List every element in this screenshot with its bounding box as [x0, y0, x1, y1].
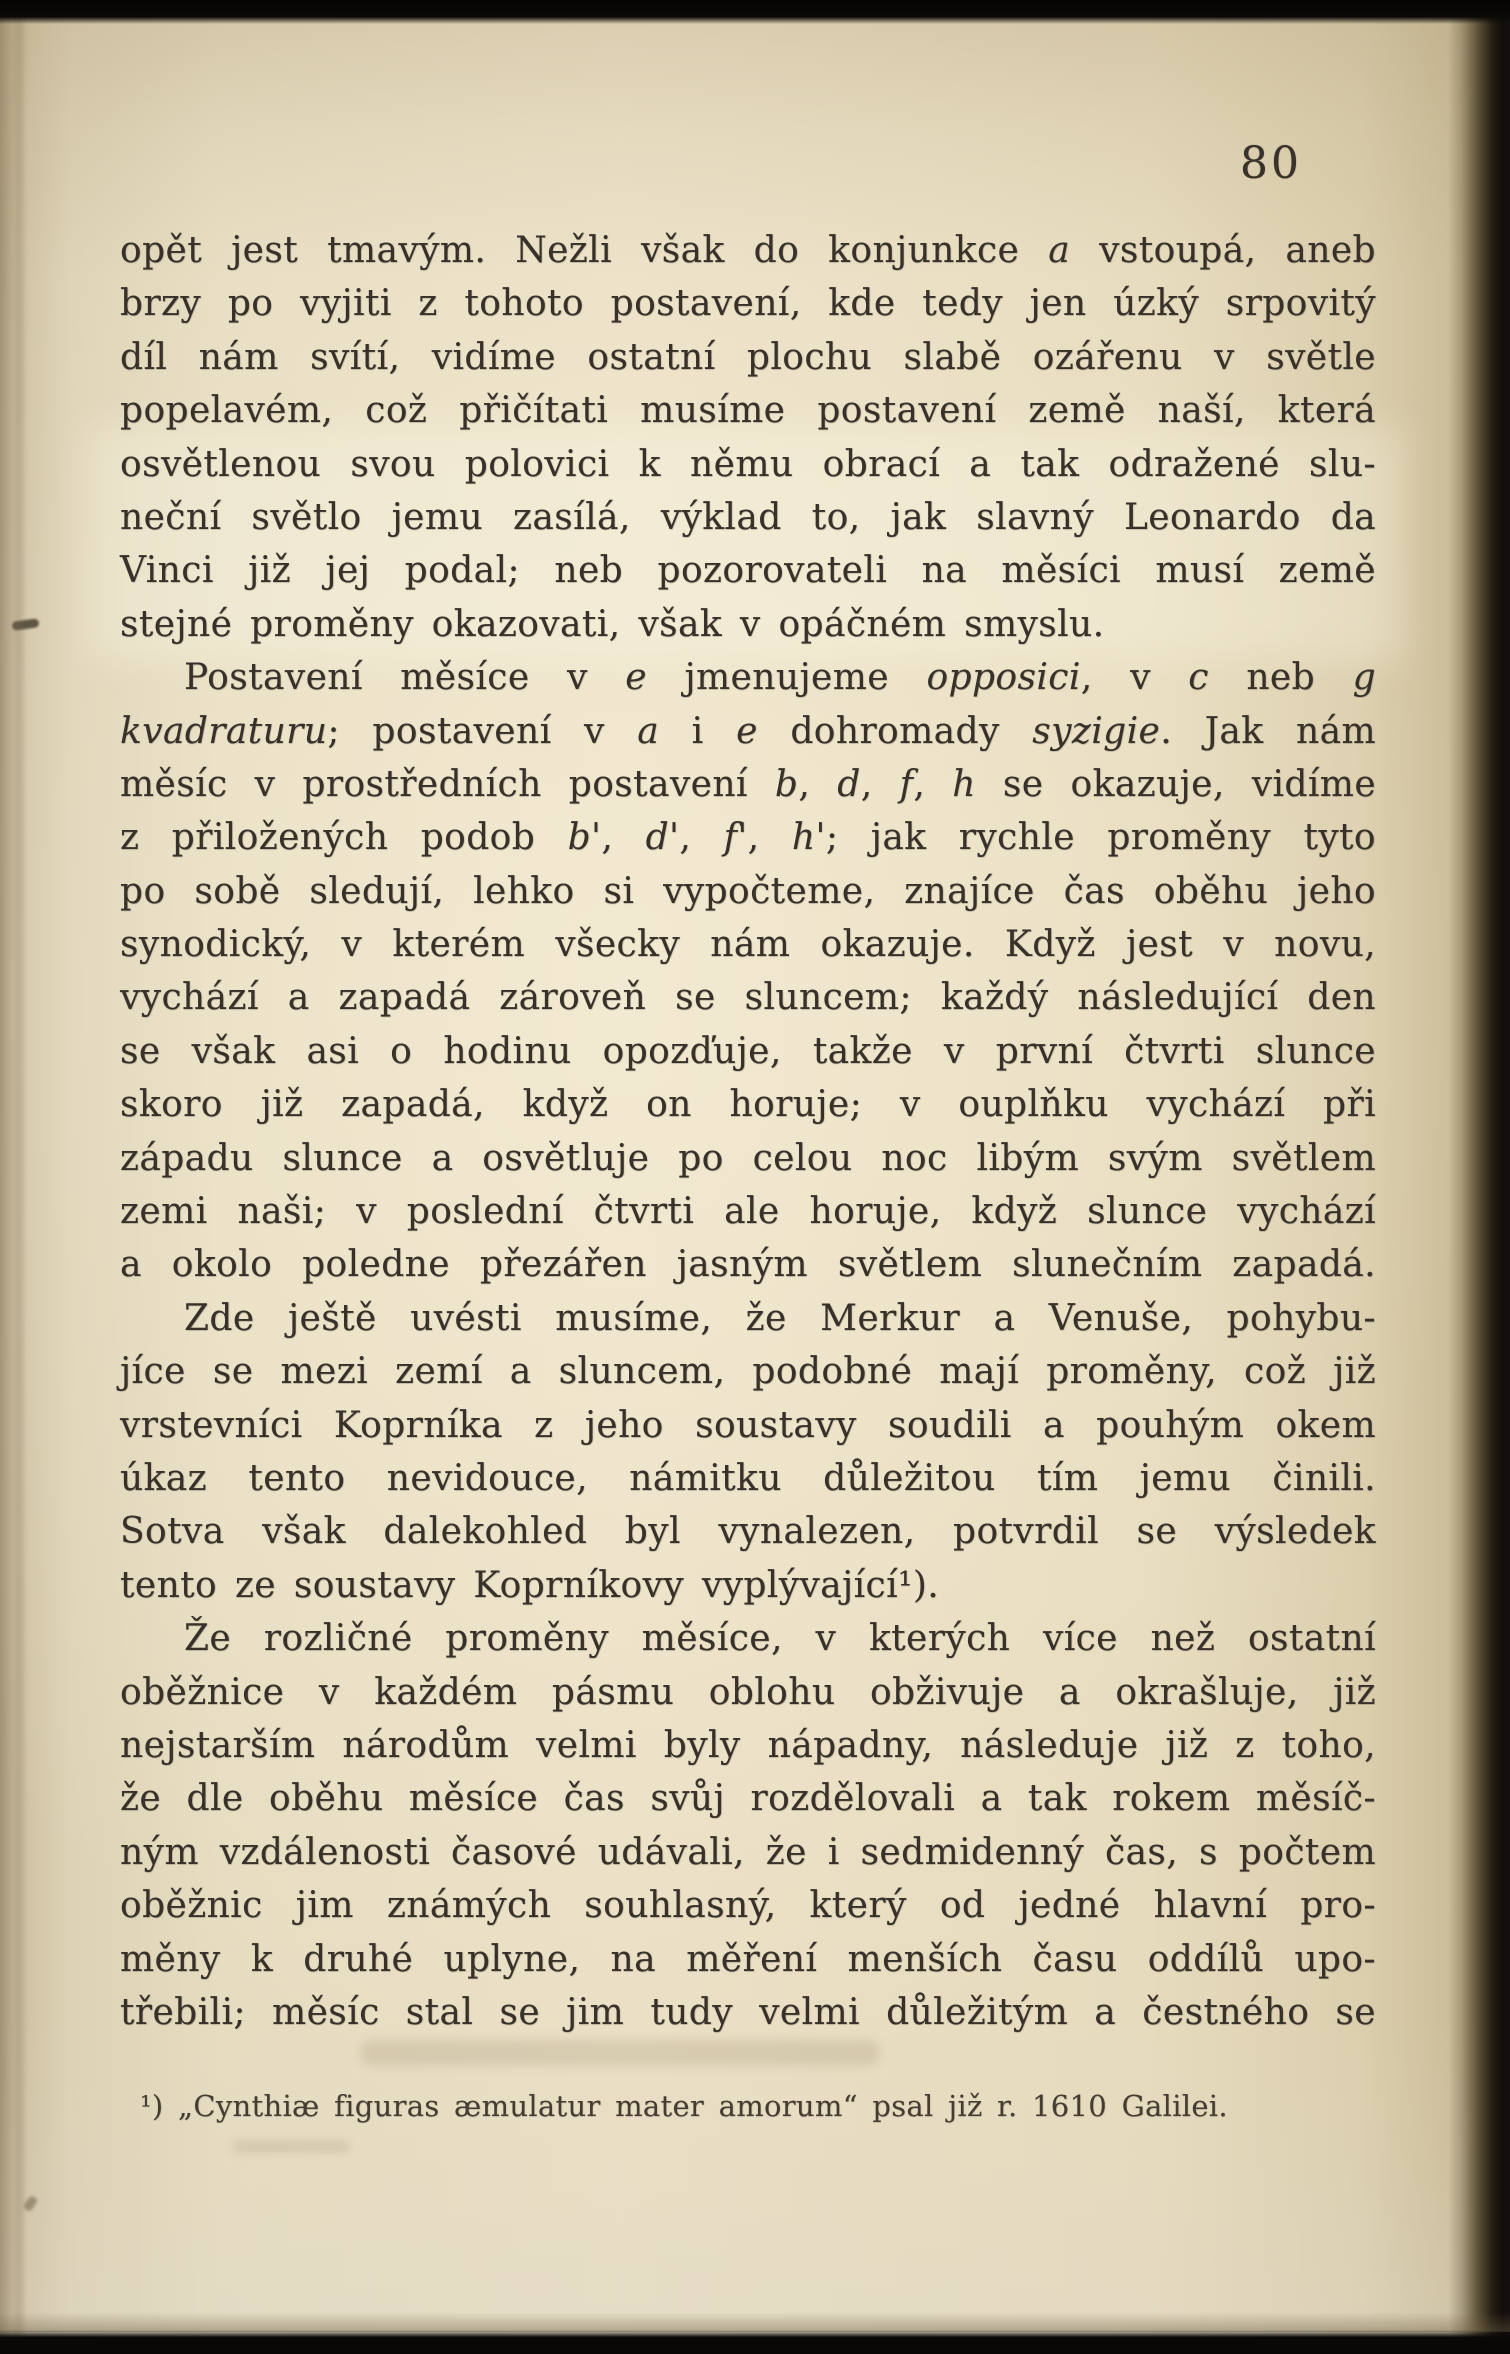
italic-text-segment: c	[1188, 657, 1209, 698]
italic-text-segment: h	[952, 764, 976, 805]
text-segment: i	[659, 711, 736, 752]
text-line: ným vzdálenosti časové udávali, že i sed…	[120, 1826, 1376, 1879]
italic-text-segment: syzigie	[1032, 711, 1160, 752]
text-segment: oběžnic jim známých souhlasný, který od …	[120, 1885, 1376, 1926]
text-line: osvětlenou svou polovici k němu obrací a…	[120, 438, 1376, 491]
italic-text-segment: e	[625, 657, 647, 698]
text-segment: ,	[861, 764, 900, 805]
text-segment: tento ze soustavy Koprníkovy vyplývající	[120, 1565, 898, 1606]
text-segment: ).	[913, 1565, 939, 1606]
text-segment: nejstarším národům velmi byly nápadny, n…	[120, 1725, 1376, 1766]
text-line: Sotva však dalekohled byl vynalezen, pot…	[120, 1505, 1376, 1558]
page-edge-right	[1448, 0, 1510, 2354]
text-line: vychází a zapadá zároveň se sluncem; kaž…	[120, 971, 1376, 1024]
italic-text-segment: d'	[646, 817, 680, 858]
italic-text-segment: d	[837, 764, 860, 805]
text-line: Vinci již jej podal; neb pozorovateli na…	[120, 544, 1376, 597]
text-segment: z přiložených podob	[120, 817, 568, 858]
page-number: 80	[1240, 138, 1302, 189]
scan-bottom-band	[0, 2330, 1510, 2354]
page-edge-left	[0, 0, 20, 2354]
scan-top-band	[0, 0, 1510, 24]
italic-text-segment: g	[1353, 657, 1376, 698]
text-segment: úkaz tento nevidouce, námitku důležitou …	[120, 1458, 1376, 1499]
text-segment: , v	[1081, 657, 1189, 698]
text-segment: opět jest tmavým. Nežli však do konjunkc…	[120, 230, 1048, 271]
text-segment: třebili; měsíc stal se jim tudy velmi dů…	[120, 1992, 1376, 2033]
text-line: tento ze soustavy Koprníkovy vyplývající…	[120, 1559, 1376, 1612]
text-segment: po sobě sledují, lehko si vypočteme, zna…	[120, 871, 1376, 912]
text-segment: . Jak nám	[1160, 711, 1376, 752]
text-line: stejné proměny okazovati, však v opáčném…	[120, 598, 1376, 651]
text-line: z přiložených podob b', d', f', h'; jak …	[120, 811, 1376, 864]
text-segment: měny k druhé uplyne, na měření menších č…	[120, 1939, 1376, 1980]
text-segment: ,	[913, 764, 952, 805]
text-line: měny k druhé uplyne, na měření menších č…	[120, 1933, 1376, 1986]
text-line: že dle oběhu měsíce čas svůj rozdělovali…	[120, 1772, 1376, 1825]
ghost-showthrough	[360, 2040, 880, 2066]
text-line: po sobě sledují, lehko si vypočteme, zna…	[120, 865, 1376, 918]
text-segment: dohromady	[758, 711, 1032, 752]
text-line: synodický, v kterém všecky nám okazuje. …	[120, 918, 1376, 971]
text-line: nejstarším národům velmi byly nápadny, n…	[120, 1719, 1376, 1772]
text-line: měsíc v prostředních postavení b, d, f, …	[120, 758, 1376, 811]
text-segment: Postavení měsíce v	[184, 657, 625, 698]
text-segment: ,	[679, 817, 723, 858]
text-segment: synodický, v kterém všecky nám okazuje. …	[120, 924, 1376, 965]
text-segment: ; jak rychle proměny tyto	[826, 817, 1376, 858]
page-body: opět jest tmavým. Nežli však do konjunkc…	[120, 224, 1376, 2039]
italic-text-segment: e	[736, 711, 758, 752]
text-segment: díl nám svítí, vidíme ostatní plochu sla…	[120, 337, 1376, 378]
text-line: opět jest tmavým. Nežli však do konjunkc…	[120, 224, 1376, 277]
text-line: neční světlo jemu zasílá, výklad to, jak…	[120, 491, 1376, 544]
text-segment: Vinci již jej podal; neb pozorovateli na…	[120, 550, 1376, 591]
italic-text-segment: opposici	[926, 657, 1080, 698]
text-line: třebili; měsíc stal se jim tudy velmi dů…	[120, 1986, 1376, 2039]
text-segment: vrstevníci Koprníka z jeho soustavy soud…	[120, 1405, 1376, 1446]
text-segment: ¹) „Cynthiæ figuras æmulatur mater amoru…	[140, 2089, 1228, 2123]
text-line: oběžnice v každém pásmu oblohu obživuje …	[120, 1666, 1376, 1719]
text-line: Zde ještě uvésti musíme, že Merkur a Ven…	[120, 1292, 1376, 1345]
italic-text-segment: a	[1048, 230, 1070, 271]
text-segment: stejné proměny okazovati, však v opáčném…	[120, 604, 1104, 645]
italic-text-segment: b	[775, 764, 798, 805]
text-line: a okolo poledne přezářen jasným světlem …	[120, 1238, 1376, 1291]
text-segment: ¹	[898, 1565, 913, 1606]
text-segment: se okazuje, vidíme	[976, 764, 1376, 805]
text-segment: a okolo poledne přezářen jasným světlem …	[120, 1244, 1376, 1285]
text-segment: oběžnice v každém pásmu oblohu obživuje …	[120, 1672, 1376, 1713]
ink-smudge	[23, 2195, 39, 2212]
text-segment: vstoupá, aneb	[1070, 230, 1376, 271]
text-segment: západu slunce a osvětluje po celou noc l…	[120, 1138, 1376, 1179]
text-segment: ,	[798, 764, 837, 805]
page-edge-shadow	[0, 2312, 1510, 2332]
italic-text-segment: h'	[792, 817, 826, 858]
text-segment: Sotva však dalekohled byl vynalezen, pot…	[120, 1511, 1376, 1552]
text-segment: brzy po vyjiti z tohoto postavení, kde t…	[120, 283, 1376, 324]
text-segment: ; postavení v	[327, 711, 637, 752]
text-segment: Že rozličné proměny měsíce, v kterých ví…	[184, 1618, 1376, 1659]
text-segment: ným vzdálenosti časové udávali, že i sed…	[120, 1832, 1376, 1873]
text-line: brzy po vyjiti z tohoto postavení, kde t…	[120, 277, 1376, 330]
italic-text-segment: b'	[568, 817, 602, 858]
text-line: díl nám svítí, vidíme ostatní plochu sla…	[120, 331, 1376, 384]
text-segment: popelavém, což přičítati musíme postaven…	[120, 390, 1376, 431]
text-line: zemi naši; v poslední čtvrti ale horuje,…	[120, 1185, 1376, 1238]
italic-text-segment: kvadraturu	[120, 711, 327, 752]
text-segment: jíce se mezi zemí a sluncem, podobné maj…	[120, 1351, 1376, 1392]
text-line: úkaz tento nevidouce, námitku důležitou …	[120, 1452, 1376, 1505]
text-segment: vychází a zapadá zároveň se sluncem; kaž…	[120, 977, 1376, 1018]
footnote: ¹) „Cynthiæ figuras æmulatur mater amoru…	[140, 2086, 1300, 2126]
text-line: popelavém, což přičítati musíme postaven…	[120, 384, 1376, 437]
text-segment: že dle oběhu měsíce čas svůj rozdělovali…	[120, 1778, 1376, 1819]
text-segment: ,	[601, 817, 645, 858]
text-segment: osvětlenou svou polovici k němu obrací a…	[120, 444, 1376, 485]
text-segment: jmenujeme	[647, 657, 926, 698]
text-line: západu slunce a osvětluje po celou noc l…	[120, 1132, 1376, 1185]
italic-text-segment: a	[637, 711, 659, 752]
text-segment: neb	[1209, 657, 1353, 698]
text-segment: ,	[748, 817, 792, 858]
text-segment: zemi naši; v poslední čtvrti ale horuje,…	[120, 1191, 1376, 1232]
text-segment: měsíc v prostředních postavení	[120, 764, 775, 805]
text-line: se však asi o hodinu opozďuje, takže v p…	[120, 1025, 1376, 1078]
text-line: Že rozličné proměny měsíce, v kterých ví…	[120, 1612, 1376, 1665]
text-line: vrstevníci Koprníka z jeho soustavy soud…	[120, 1399, 1376, 1452]
text-line: jíce se mezi zemí a sluncem, podobné maj…	[120, 1345, 1376, 1398]
text-segment: skoro již zapadá, když on horuje; v oupl…	[120, 1084, 1376, 1125]
text-segment: se však asi o hodinu opozďuje, takže v p…	[120, 1031, 1376, 1072]
ghost-showthrough	[232, 2140, 350, 2153]
italic-text-segment: f	[900, 764, 914, 805]
text-line: oběžnic jim známých souhlasný, který od …	[120, 1879, 1376, 1932]
text-segment: neční světlo jemu zasílá, výklad to, jak…	[120, 497, 1376, 538]
text-line: kvadraturu; postavení v a i e dohromady …	[120, 705, 1376, 758]
text-line: Postavení měsíce v e jmenujeme opposici,…	[120, 651, 1376, 704]
text-segment: Zde ještě uvésti musíme, že Merkur a Ven…	[184, 1298, 1376, 1339]
text-line: skoro již zapadá, když on horuje; v oupl…	[120, 1078, 1376, 1131]
scanned-book-page: 80 opět jest tmavým. Nežli však do konju…	[0, 0, 1510, 2354]
italic-text-segment: f'	[724, 817, 748, 858]
